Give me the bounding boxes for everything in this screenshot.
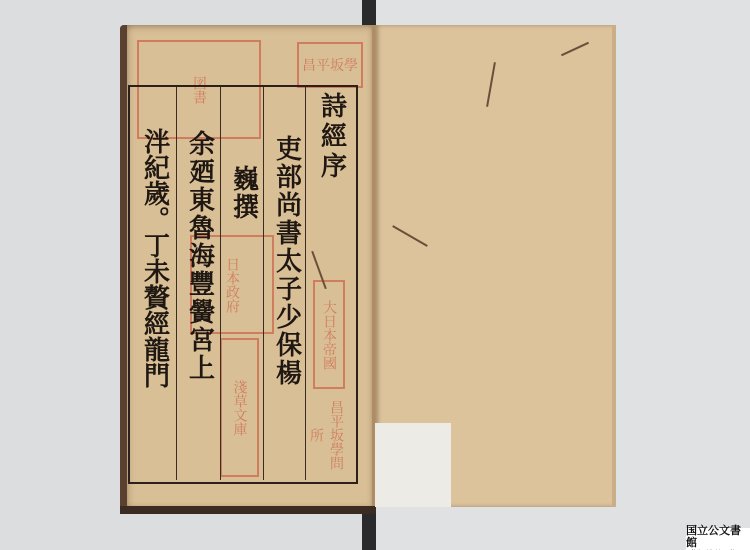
author-line: 吏部尚書太子少保楊	[269, 135, 304, 387]
text-column-4: 余廼東魯海豐黌宮上	[179, 130, 219, 382]
book-bottom-edge	[120, 506, 376, 514]
watermark-stamp: 国立公文書館 National Archives of Japan	[686, 528, 750, 550]
watermark-japanese: 国立公文書館	[686, 525, 750, 549]
document-title: 詩經序	[314, 92, 349, 182]
text-column-5: 泮紀歲。丁未贅經龍門	[134, 128, 174, 388]
paper-label-slip	[375, 423, 451, 507]
author-name: 巍撰	[226, 165, 261, 221]
text-column-3: 巍撰	[223, 165, 263, 221]
column-rule	[220, 87, 221, 480]
book-left-edge	[120, 25, 127, 512]
right-page-edge	[612, 25, 616, 507]
column-rule	[176, 87, 177, 480]
body-line-1: 余廼東魯海豐黌宮上	[182, 130, 217, 382]
seal-top-right: 昌平坂學	[297, 42, 363, 88]
column-rule	[263, 87, 264, 480]
text-column-title: 詩經序	[311, 92, 351, 182]
text-column-2: 吏部尚書太子少保楊	[266, 135, 306, 387]
body-line-2: 泮紀歲。丁未贅經龍門	[137, 128, 172, 388]
